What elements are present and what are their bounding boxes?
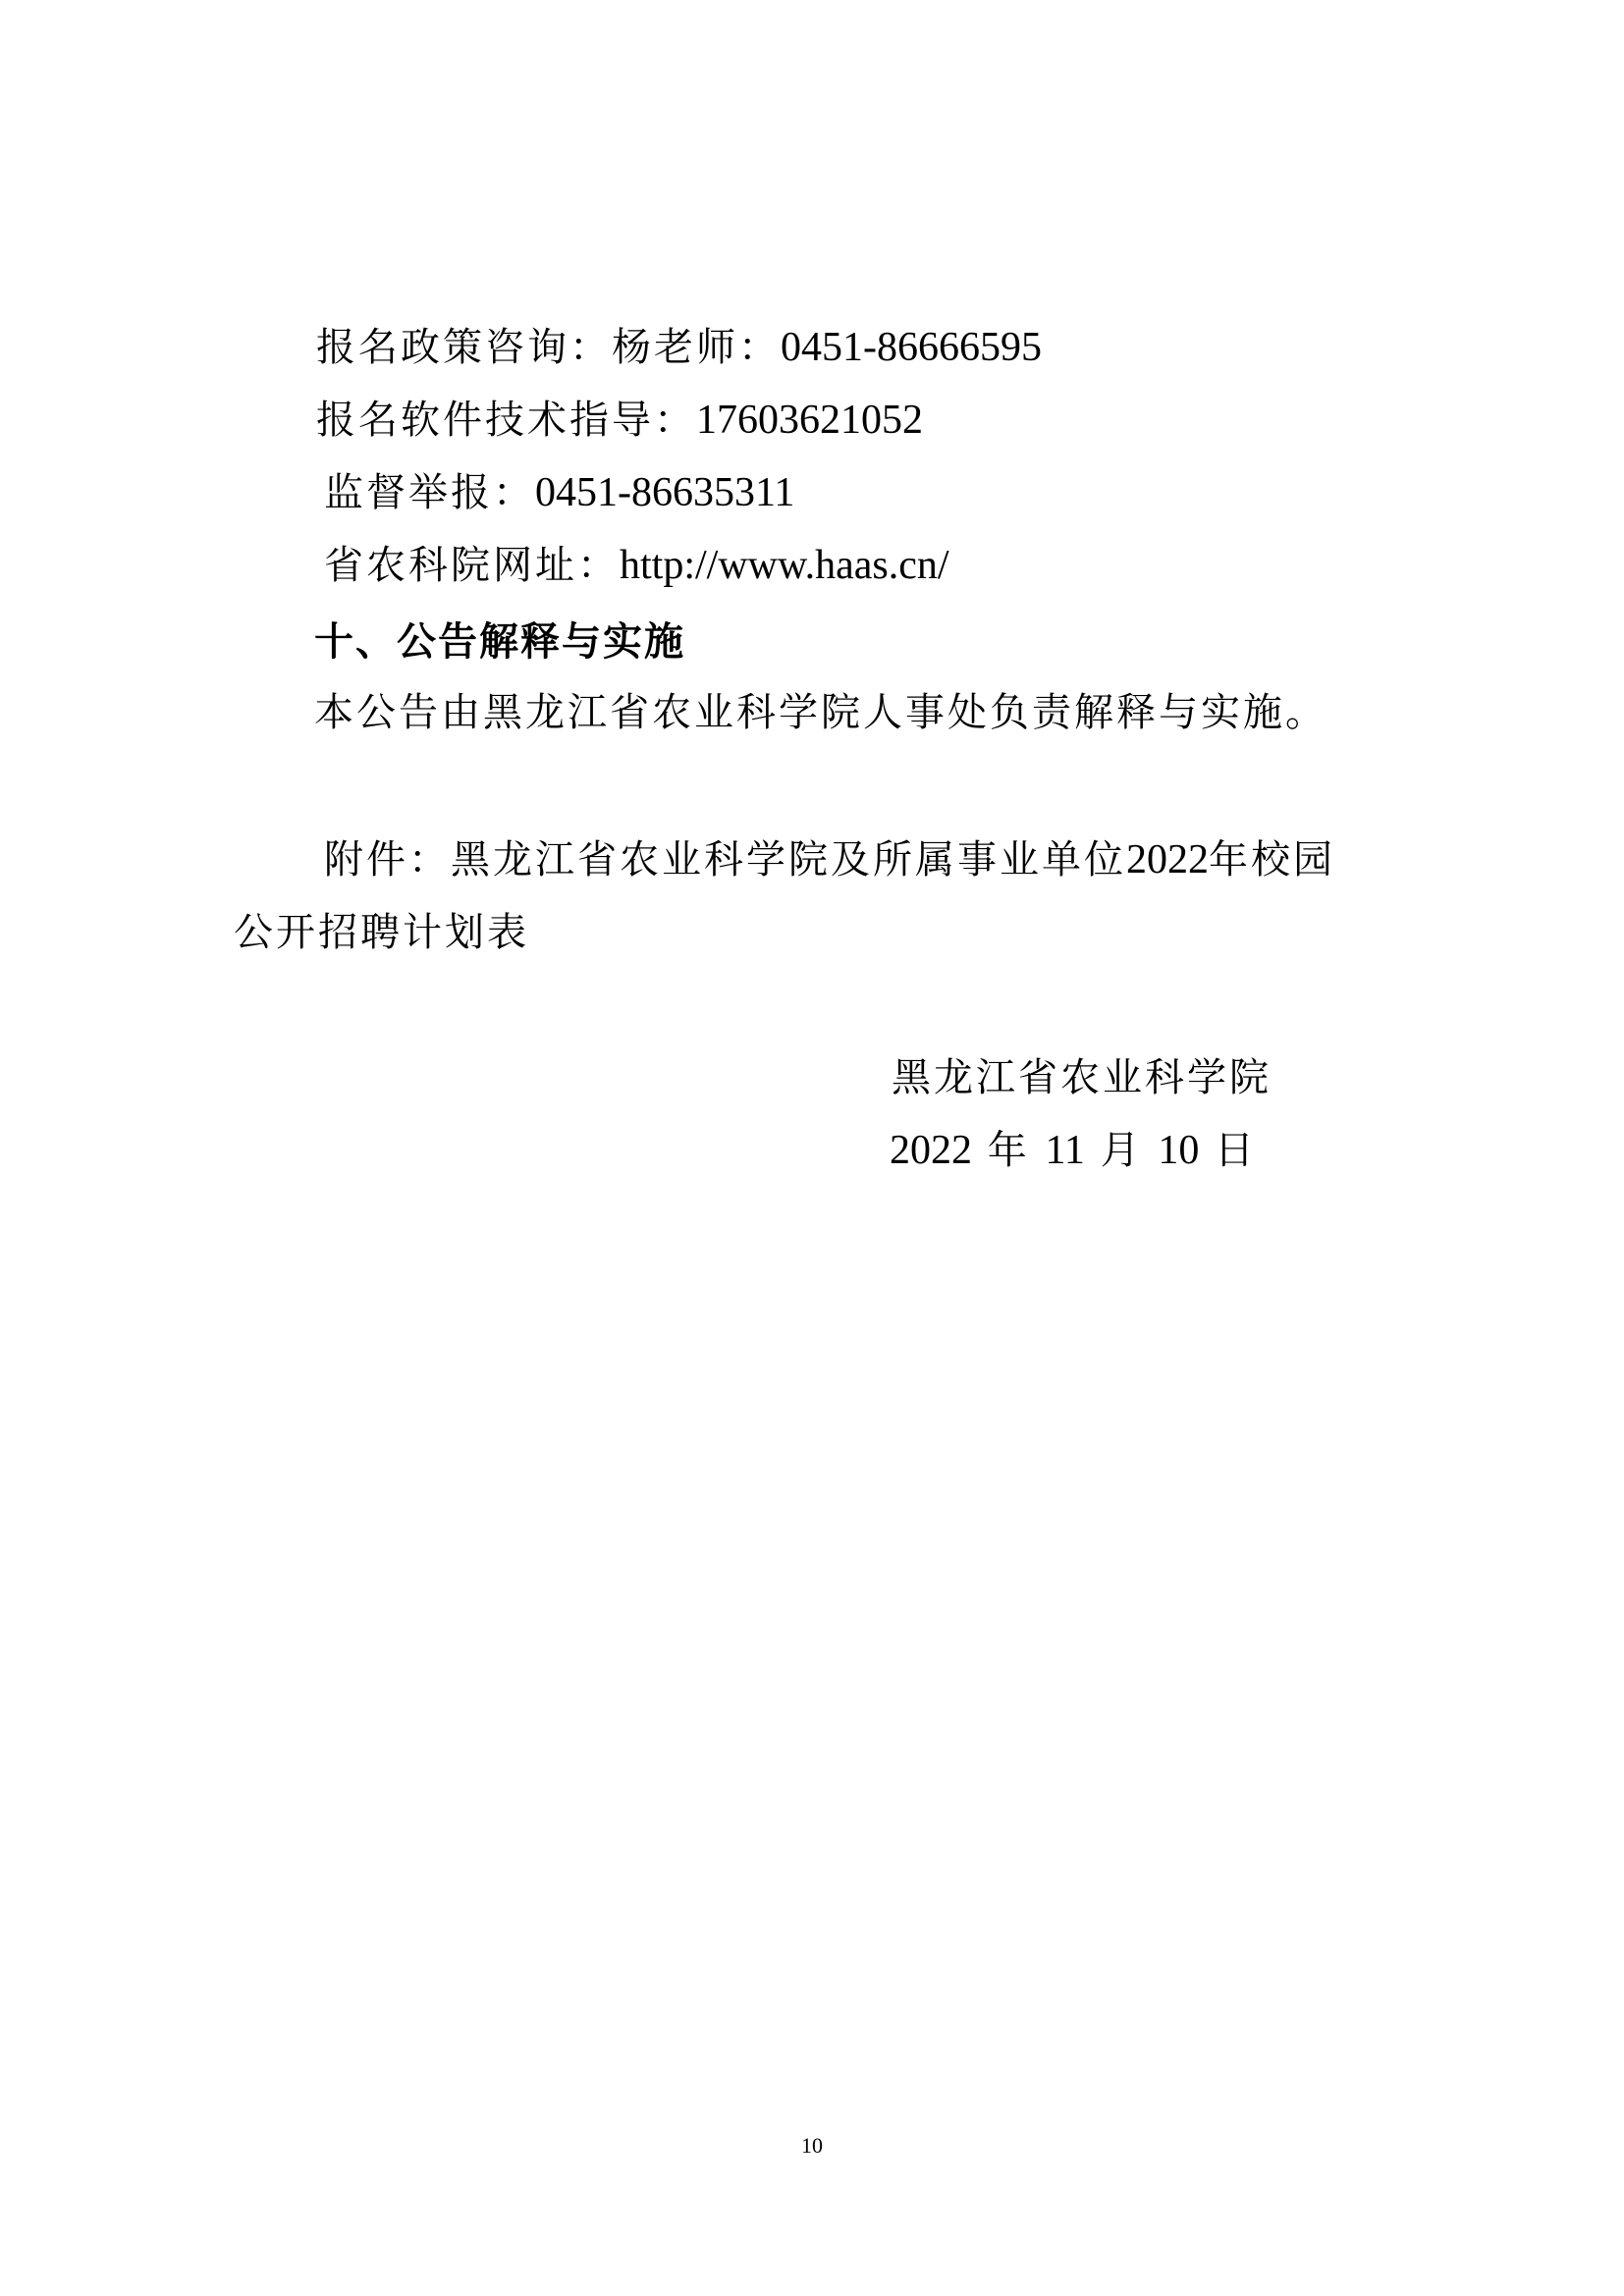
attachment-year: 2022 — [1126, 837, 1209, 882]
date-day: 10 — [1158, 1128, 1199, 1173]
date-month: 11 — [1045, 1128, 1084, 1173]
signature-date: 2022 年 11 月 10 日 — [890, 1127, 1257, 1174]
contact-label: 省农科院网址： — [324, 543, 620, 588]
section-body: 本公告由黑龙江省农业科学院人事处负责解释与实施。 — [314, 689, 1327, 736]
contact-phone: 0451-86635311 — [535, 470, 794, 515]
signature-organization: 黑龙江省农业科学院 — [892, 1054, 1272, 1101]
contact-line-supervision: 监督举报：0451-86635311 — [324, 469, 794, 516]
contact-label: 报名软件技术指导： — [316, 398, 696, 443]
attachment-line-2: 公开招聘计划表 — [234, 909, 529, 956]
contact-phone: 0451-86666595 — [781, 325, 1042, 370]
contact-phone: 17603621052 — [696, 398, 923, 443]
date-day-unit: 日 — [1215, 1128, 1257, 1173]
contact-line-tech-support: 报名软件技术指导：17603621052 — [316, 397, 923, 444]
contact-label: 监督举报： — [324, 470, 535, 515]
page-number: 10 — [0, 2133, 1624, 2159]
attachment-line-1: 附件：黑龙江省农业科学院及所属事业单位2022年校园 — [324, 836, 1335, 883]
date-year-unit: 年 — [988, 1128, 1030, 1173]
attachment-suffix: 年校园 — [1209, 837, 1335, 882]
contact-label: 报名政策咨询：杨老师： — [316, 325, 781, 370]
date-year: 2022 — [890, 1128, 972, 1173]
date-month-unit: 月 — [1101, 1128, 1143, 1173]
attachment-prefix: 附件：黑龙江省农业科学院及所属事业单位 — [324, 837, 1126, 882]
website-link[interactable]: http://www.haas.cn/ — [620, 543, 949, 588]
contact-line-policy: 报名政策咨询：杨老师：0451-86666595 — [316, 324, 1042, 371]
section-heading: 十、公告解释与实施 — [314, 618, 685, 666]
contact-line-website: 省农科院网址：http://www.haas.cn/ — [324, 542, 949, 589]
